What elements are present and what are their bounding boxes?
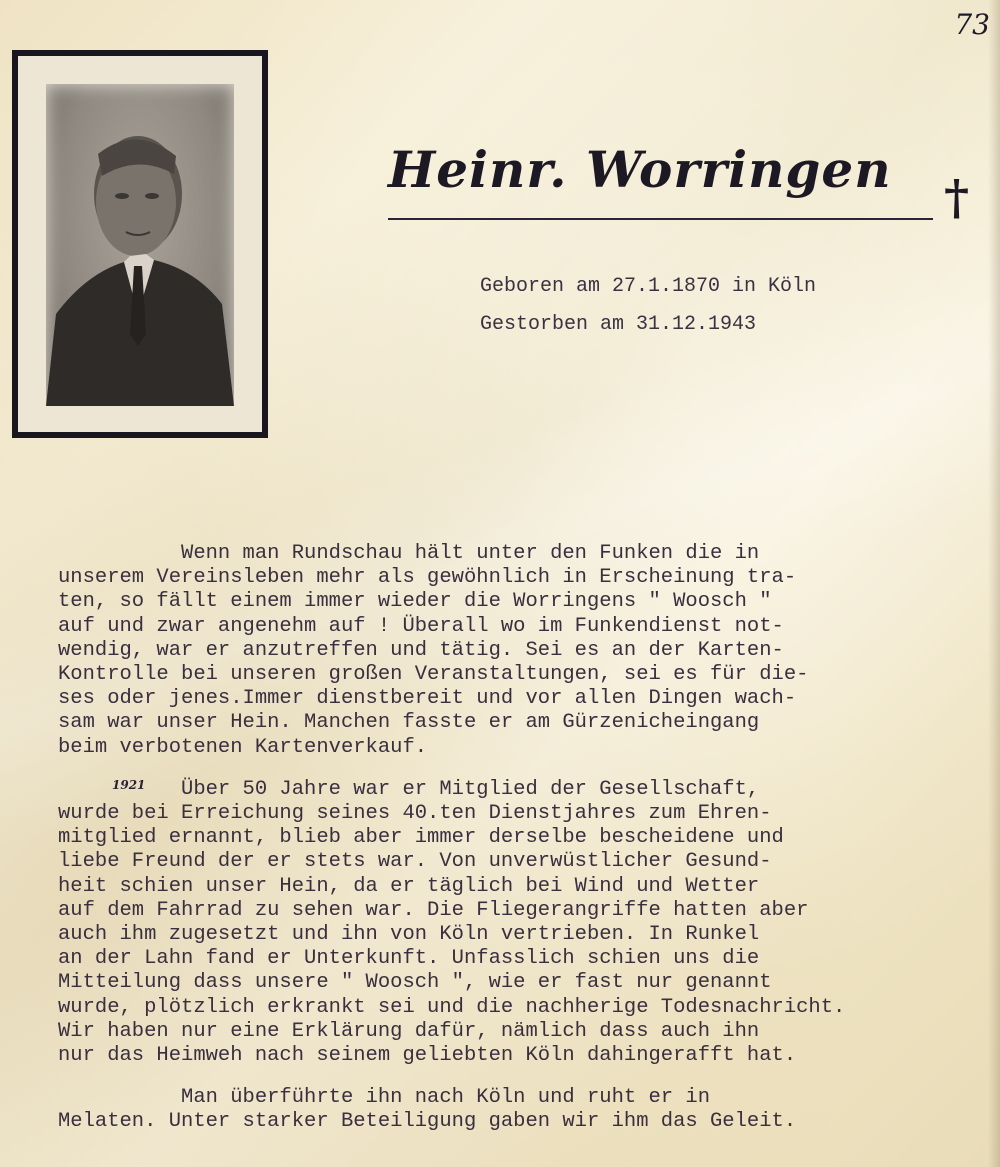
portrait-frame <box>12 50 268 438</box>
text-line: Kontrolle bei unseren großen Veranstaltu… <box>58 663 978 687</box>
text-line: nur das Heimweh nach seinem geliebten Kö… <box>58 1044 978 1068</box>
text-line: beim verbotenen Kartenverkauf. <box>58 736 978 760</box>
text-line: unserem Vereinsleben mehr als gewöhnlich… <box>58 566 978 590</box>
text-line: wurde bei Erreichung seines 40.ten Diens… <box>58 802 978 826</box>
life-dates: Geboren am 27.1.1870 in Köln Gestorben a… <box>480 268 816 344</box>
cross-icon: † <box>944 170 969 226</box>
text-line: heit schien unser Hein, da er täglich be… <box>58 875 978 899</box>
text-line: ten, so fällt einem immer wieder die Wor… <box>58 590 978 614</box>
text-line: an der Lahn fand er Unterkunft. Unfassli… <box>58 947 978 971</box>
paragraph-1: Wenn man Rundschau hält unter den Funken… <box>58 542 978 760</box>
obituary-text: Wenn man Rundschau hält unter den Funken… <box>58 542 978 1153</box>
text-line: liebe Freund der er stets war. Von unver… <box>58 850 978 874</box>
portrait-figure-icon <box>46 84 234 406</box>
death-date: Gestorben am 31.12.1943 <box>480 306 816 344</box>
text-line: Wenn man Rundschau hält unter den Funken… <box>58 542 978 566</box>
portrait-photo <box>46 84 234 406</box>
title-underline <box>388 218 933 220</box>
birth-date: Geboren am 27.1.1870 in Köln <box>480 268 816 306</box>
text-line: wurde, plötzlich erkrankt sei und die na… <box>58 996 978 1020</box>
text-line: mitglied ernannt, blieb aber immer derse… <box>58 826 978 850</box>
text-line: wendig, war er anzutreffen und tätig. Se… <box>58 639 978 663</box>
page-edge <box>988 0 1000 1167</box>
text-line: Über 50 Jahre war er Mitglied der Gesell… <box>58 778 978 802</box>
text-line: Man überführte ihn nach Köln und ruht er… <box>58 1086 978 1110</box>
person-name-heading: Heinr. Worringen <box>388 140 892 199</box>
text-line: ses oder jenes.Immer dienstbereit und vo… <box>58 687 978 711</box>
text-line: auf dem Fahrrad zu sehen war. Die Fliege… <box>58 899 978 923</box>
text-line: auch ihm zugesetzt und ihn von Köln vert… <box>58 923 978 947</box>
text-line: auf und zwar angenehm auf ! Überall wo i… <box>58 615 978 639</box>
text-line: Mitteilung dass unsere " Woosch ", wie e… <box>58 971 978 995</box>
paragraph-2: Über 50 Jahre war er Mitglied der Gesell… <box>58 778 978 1068</box>
text-line: Wir haben nur eine Erklärung dafür, näml… <box>58 1020 978 1044</box>
text-line: Melaten. Unter starker Beteiligung gaben… <box>58 1110 978 1134</box>
page-number: 73 <box>954 8 990 41</box>
text-line: sam war unser Hein. Manchen fasste er am… <box>58 711 978 735</box>
paragraph-3: Man überführte ihn nach Köln und ruht er… <box>58 1086 978 1134</box>
